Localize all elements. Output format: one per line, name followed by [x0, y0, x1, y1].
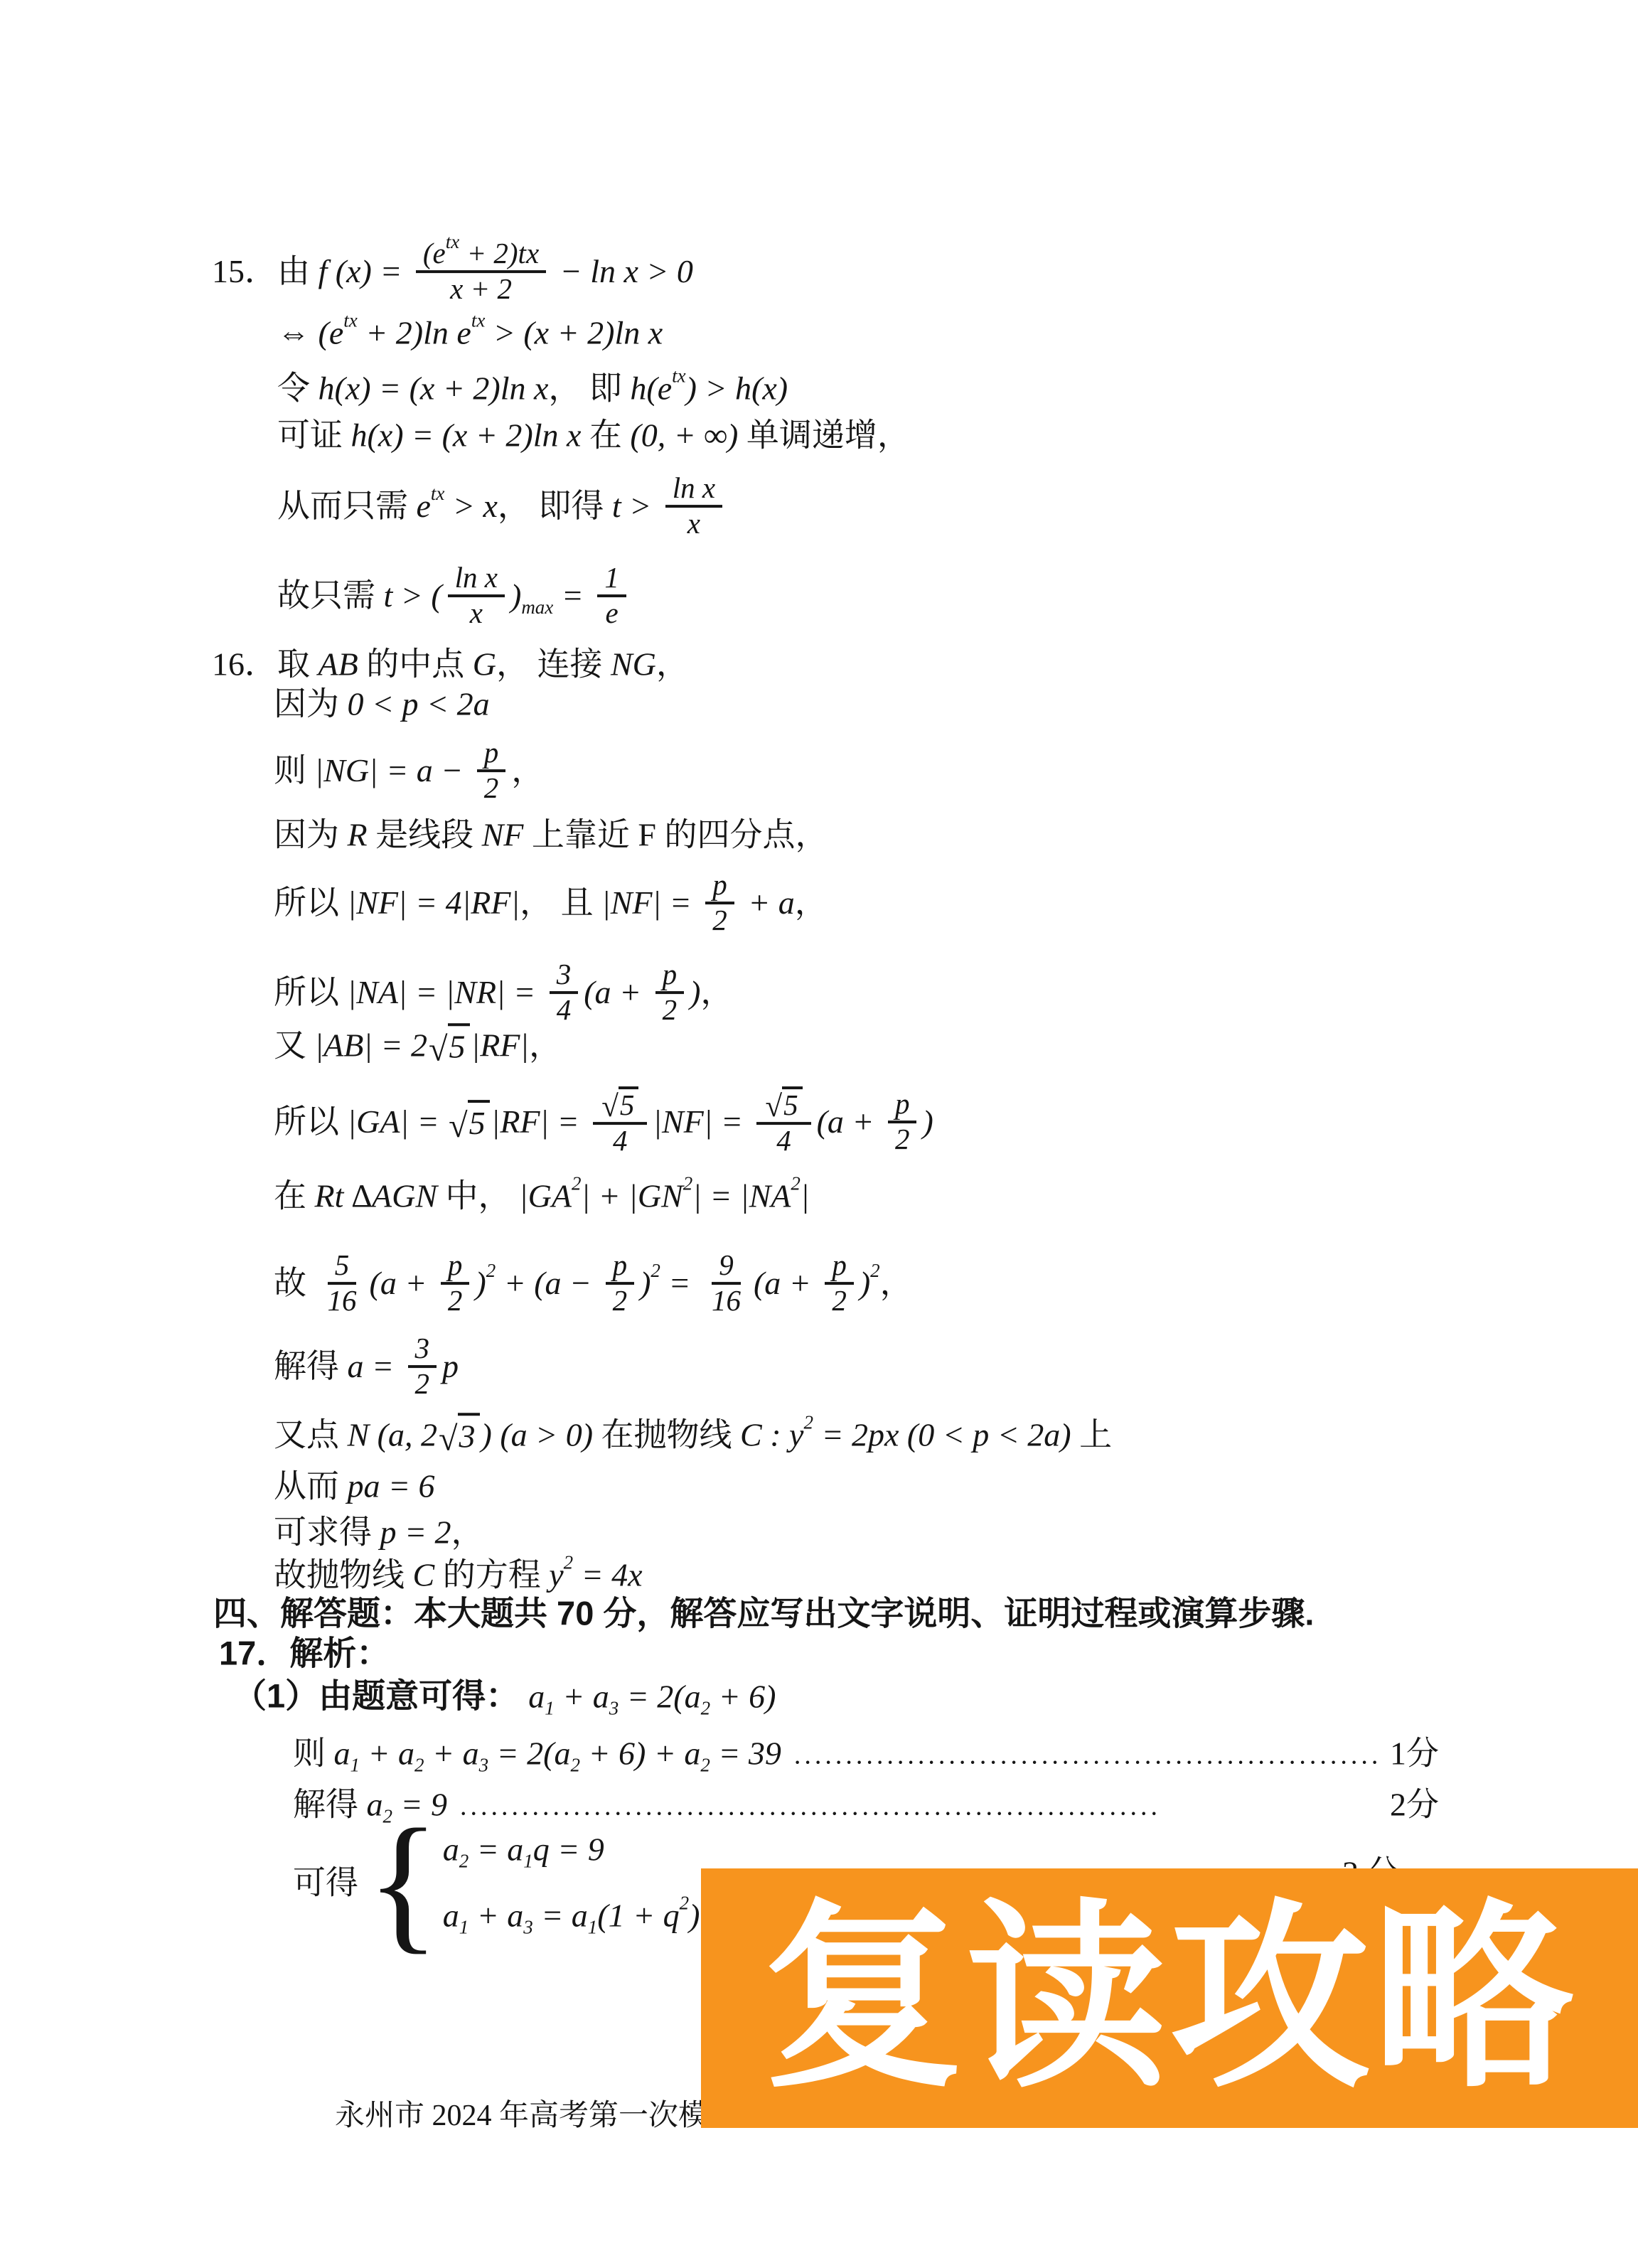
math-italic: h(e — [630, 368, 672, 409]
fraction: 34 — [550, 958, 579, 1027]
fraction-denominator: 16 — [321, 1285, 364, 1317]
square-root: √3 — [439, 1413, 480, 1457]
math-italic: ) — [690, 972, 700, 1013]
math-italic: + 6) + a — [580, 1733, 700, 1774]
math-italic: | = |NA — [692, 1175, 791, 1216]
math-italic: p — [448, 1249, 463, 1282]
subscript: 1 — [523, 1849, 533, 1873]
math-italic: a = — [348, 1346, 402, 1387]
subscript: 2 — [570, 1753, 580, 1777]
math-text: ， 连接 — [496, 643, 611, 685]
fraction: √54 — [593, 1086, 647, 1157]
q16-because-r: 因为 R 是线段 NF 上靠近 F 的四分点， — [274, 814, 828, 855]
math-text: 在 — [589, 414, 631, 456]
math-italic: 2 — [415, 1368, 430, 1401]
q15-start: 15．由 f (x) = (etx + 2)txx + 2 − ln x > 0 — [212, 237, 693, 306]
subscript: 2 — [700, 1753, 710, 1777]
fraction-denominator: 2 — [825, 1285, 854, 1317]
math-text: ， 且 — [520, 882, 601, 924]
math-italic: = a — [533, 1895, 588, 1937]
system-brace: { — [367, 1818, 440, 1948]
math-italic: |GA — [519, 1175, 572, 1216]
fraction: p2 — [477, 737, 506, 805]
math-text: ， 即 — [548, 368, 630, 409]
system-row: a2 = a1q = 9 — [443, 1829, 771, 1871]
q15-let-h: 令 h(x) = (x + 2)ln x， 即 h(etx) > h(x) — [277, 368, 788, 409]
math-italic: y — [549, 1554, 563, 1595]
square-root: √5 — [429, 1023, 470, 1067]
fraction: 1e — [597, 562, 626, 630]
square-root: √5 — [449, 1100, 490, 1144]
fraction-numerator: p — [441, 1249, 470, 1285]
q17-part1-given: （1）由题意可得： a1 + a3 = 2(a2 + 6) — [233, 1676, 776, 1718]
math-italic: = — [553, 575, 591, 616]
math-italic: 2 — [712, 904, 727, 937]
math-italic: a — [528, 1676, 545, 1717]
fraction-numerator: 3 — [408, 1332, 437, 1368]
fraction-numerator: p — [655, 958, 685, 994]
radicand: 5 — [782, 1086, 803, 1122]
math-italic: |RF| = — [491, 1101, 588, 1143]
math-text: 15．由 — [212, 251, 318, 292]
math-italic: NG — [611, 643, 656, 685]
math-italic: + a — [555, 1676, 609, 1717]
math-text: ， — [451, 1512, 484, 1553]
fraction: (etx + 2)txx + 2 — [416, 237, 546, 306]
math-text: 又 — [274, 1025, 315, 1066]
math-italic: 2 — [663, 994, 678, 1027]
math-italic: ln x — [455, 562, 498, 594]
subscript: max — [521, 596, 553, 620]
math-italic: a — [334, 1733, 350, 1774]
math-italic: x + 2 — [450, 273, 512, 306]
math-text: ， 即得 — [498, 486, 612, 527]
math-italic: 4 — [557, 994, 572, 1027]
math-italic: |NG| = a − — [315, 750, 471, 791]
math-italic: ) — [922, 1101, 933, 1143]
q17-system: 可得 {a2 = a1q = 9a1 + a3 = a1(1 + q2) = 3… — [293, 1818, 771, 1948]
fraction: 916 — [705, 1249, 748, 1317]
superscript: 2 — [803, 1411, 813, 1435]
math-italic: 5 — [449, 1028, 466, 1064]
subscript: 1 — [350, 1753, 360, 1777]
math-text: 的方程 — [434, 1554, 549, 1595]
radical-sign: √ — [765, 1091, 782, 1122]
math-italic: |AB| = 2 — [315, 1025, 428, 1066]
fraction: p2 — [705, 869, 734, 937]
fraction-denominator: 4 — [550, 994, 579, 1027]
math-italic: p = 2 — [380, 1512, 451, 1553]
math-italic: pa = 6 — [348, 1465, 435, 1507]
math-italic: > (x + 2)ln x — [485, 312, 663, 353]
math-italic: p — [484, 737, 499, 769]
math-italic: 2 — [613, 1285, 628, 1317]
fraction-numerator: p — [705, 869, 734, 904]
math-italic: 3 — [459, 1418, 476, 1454]
math-text: 所以 — [274, 882, 348, 924]
q17-heading: 17．解析： — [219, 1633, 390, 1675]
superscript: 2 — [870, 1259, 880, 1283]
math-italic: (e — [423, 237, 446, 270]
superscript: 2 — [791, 1172, 801, 1196]
fraction-denominator: 2 — [655, 994, 685, 1027]
math-italic: 5 — [469, 1105, 486, 1141]
math-italic: = 39 — [710, 1733, 781, 1774]
math-italic: = 4x — [573, 1554, 642, 1595]
math-italic: x — [470, 597, 483, 630]
subscript: 1 — [545, 1696, 555, 1721]
math-italic: |GA| = — [348, 1101, 448, 1143]
subscript: 2 — [459, 1849, 469, 1873]
fraction-denominator: 2 — [606, 1285, 635, 1317]
math-italic: > x — [444, 486, 497, 527]
math-italic: p — [613, 1249, 628, 1282]
math-text: ， — [656, 643, 689, 685]
math-italic: = 2(a — [619, 1676, 700, 1717]
q15-need-etx: 从而只需 etx > x， 即得 t > ln xx — [277, 472, 728, 540]
q15-prove-monotonic: 可证 h(x) = (x + 2)ln x 在 (0, + ∞) 单调递增， — [277, 414, 910, 456]
math-italic: ) — [860, 1263, 870, 1304]
q16-start: 16．取 AB 的中点 G， 连接 NG， — [212, 643, 689, 685]
math-text: 解得 — [274, 1346, 348, 1387]
fraction-denominator: 4 — [606, 1125, 635, 1157]
math-text: 可证 — [277, 414, 351, 456]
math-italic: 5 — [783, 1088, 798, 1121]
q16-rt-triangle: 在 Rt ∆AGN 中， |GA2| + |GN2| = |NA2| — [274, 1175, 810, 1216]
math-italic: ln x — [673, 472, 715, 505]
fraction: 516 — [321, 1249, 364, 1317]
heading-text: （1）由题意可得： — [233, 1676, 528, 1718]
q16-ng: 则 |NG| = a − p2， — [274, 737, 544, 805]
math-italic: a — [443, 1829, 459, 1871]
heading-text: 17．解析： — [219, 1633, 390, 1675]
math-italic: + a — [424, 1733, 479, 1774]
fraction-denominator: 16 — [705, 1285, 748, 1317]
math-italic: f (x) = — [318, 251, 410, 292]
q15-need-max: 故只需 t > (ln xx)max = 1e — [277, 562, 632, 630]
math-italic: e — [605, 597, 618, 630]
fraction-numerator: 3 — [550, 958, 579, 994]
math-italic: 16 — [328, 1285, 357, 1317]
math-italic: t > ( — [384, 575, 442, 616]
superscript: 2 — [572, 1172, 582, 1196]
q16-ga: 所以 |GA| = √5|RF| = √54|NF| = √54(a + p2) — [274, 1086, 933, 1157]
math-italic: + 6) — [710, 1676, 776, 1717]
math-italic: t > — [612, 486, 660, 527]
math-text: 在 — [274, 1175, 315, 1216]
math-italic: + (a − — [496, 1263, 599, 1304]
math-italic: p — [832, 1249, 847, 1282]
math-text: 从而 — [274, 1465, 348, 1507]
fraction-denominator: x + 2 — [443, 273, 519, 306]
math-italic: (a + — [817, 1101, 882, 1143]
math-text: ⇔ — [277, 312, 318, 353]
fraction-numerator: 1 — [597, 562, 626, 597]
watermark-banner: 复读攻略 — [701, 1868, 1638, 2128]
radical-sign: √ — [601, 1091, 619, 1122]
math-text: 2分 — [1390, 1784, 1439, 1825]
fraction-denominator: e — [598, 597, 625, 630]
math-text: 在抛物线 — [601, 1414, 741, 1455]
math-text: 因为 — [274, 683, 348, 724]
math-italic: 9 — [719, 1249, 734, 1282]
section-4-heading: 四、解答题：本大题共 70 分，解答应写出文字说明、证明过程或演算步骤. — [213, 1593, 1314, 1635]
math-italic: |NF| = — [653, 1101, 751, 1143]
math-text: 16．取 — [212, 643, 318, 685]
math-text: 则 — [274, 750, 315, 791]
math-italic: (1 + q — [597, 1895, 679, 1937]
watermark-text: 复读攻略 — [763, 1898, 1576, 2099]
math-italic: q = 9 — [533, 1829, 604, 1871]
math-italic: = a — [469, 1829, 523, 1871]
fraction: √54 — [756, 1086, 810, 1157]
math-italic: e — [417, 486, 431, 527]
math-italic: a — [443, 1895, 459, 1937]
math-italic: (a + — [754, 1263, 819, 1304]
math-text: 的中点 — [358, 643, 473, 685]
math-italic: = — [660, 1263, 699, 1304]
math-text: ， — [511, 750, 544, 791]
superscript: tx — [431, 482, 445, 506]
math-italic: NF — [482, 814, 524, 855]
math-italic: = 2(a — [488, 1733, 570, 1774]
dotted-leader: ........................................… — [794, 1741, 1380, 1774]
subscript: 3 — [523, 1916, 533, 1940]
math-italic: N (a, 2 — [348, 1414, 438, 1455]
math-italic: 2 — [832, 1285, 847, 1317]
radicand: 3 — [458, 1413, 480, 1457]
superscript: tx — [343, 309, 358, 333]
math-italic: |NF| = 4|RF| — [348, 882, 520, 924]
math-italic: p — [442, 1346, 459, 1387]
fraction-denominator: 2 — [705, 904, 734, 937]
q17-step1: 则 a1 + a2 + a3 = 2(a2 + 6) + a2 = 39....… — [293, 1733, 1439, 1774]
fraction-numerator: p — [477, 737, 506, 772]
math-text: 从而只需 — [277, 486, 417, 527]
subscript: 1 — [588, 1916, 598, 1940]
fraction: p2 — [825, 1249, 854, 1317]
q16-parabola-eq: 故抛物线 C 的方程 y2 = 4x — [274, 1554, 643, 1595]
math-text: 则 — [293, 1733, 334, 1774]
math-text: ， — [880, 1263, 913, 1304]
math-italic: (e — [318, 312, 344, 353]
math-italic: 5 — [335, 1249, 350, 1282]
math-italic: Rt ∆AGN — [315, 1175, 438, 1216]
math-text: 单调递增， — [738, 414, 910, 456]
math-italic: 3 — [415, 1332, 430, 1365]
q16-point-n: 又点 N (a, 2√3) (a > 0) 在抛物线 C : y2 = 2px … — [274, 1413, 1112, 1457]
math-text: 故抛物线 — [274, 1554, 413, 1595]
subscript: 3 — [479, 1753, 489, 1777]
math-text: ， — [700, 972, 733, 1013]
math-text: 是线段 — [368, 814, 482, 855]
fraction-denominator: 2 — [888, 1123, 917, 1156]
fraction-numerator: √5 — [593, 1086, 647, 1125]
superscript: 2 — [680, 1892, 690, 1916]
superscript: tx — [672, 364, 686, 388]
fraction-numerator: p — [888, 1088, 917, 1123]
math-italic: h(x) = (x + 2)ln x — [351, 414, 589, 456]
fraction: p2 — [606, 1249, 635, 1317]
math-italic: p — [712, 869, 727, 902]
superscript: 2 — [683, 1172, 693, 1196]
math-italic: ) — [640, 1263, 651, 1304]
math-italic: | — [801, 1175, 810, 1216]
math-text: 故只需 — [277, 575, 384, 616]
q16-solve-p: 可求得 p = 2， — [274, 1512, 484, 1553]
math-italic: | + |GN — [582, 1175, 683, 1216]
math-italic: p — [663, 958, 678, 991]
fraction-numerator: p — [825, 1249, 854, 1285]
fraction: 32 — [408, 1332, 437, 1401]
answer-sheet-page: 15．由 f (x) = (etx + 2)txx + 2 − ln x > 0… — [0, 0, 1638, 2268]
square-root: √5 — [765, 1086, 802, 1122]
superscript: tx — [446, 231, 460, 252]
fraction-numerator: ln x — [448, 562, 505, 597]
radicand: 5 — [619, 1086, 639, 1122]
fraction-numerator: 9 — [712, 1249, 741, 1285]
math-italic: 2 — [448, 1285, 463, 1317]
math-italic: + 2)tx — [459, 237, 539, 270]
math-italic: + a — [740, 882, 795, 924]
q16-equation: 故 516(a + p2)2 + (a − p2)2 = 916(a + p2)… — [274, 1249, 913, 1317]
superscript: 2 — [486, 1259, 496, 1283]
fraction-denominator: 4 — [769, 1125, 798, 1157]
math-italic: C : y — [740, 1414, 803, 1455]
subscript: 2 — [701, 1696, 711, 1721]
math-italic: + a — [360, 1733, 414, 1774]
math-italic: 2 — [484, 772, 499, 805]
math-text: 上 — [1071, 1414, 1113, 1455]
math-italic: G — [473, 643, 496, 685]
math-italic: AB — [318, 643, 358, 685]
math-italic: 16 — [712, 1285, 741, 1317]
math-text: ， — [795, 882, 828, 924]
math-italic: + 2)ln e — [358, 312, 471, 353]
math-text: 令 — [277, 368, 318, 409]
fraction-numerator: (etx + 2)tx — [416, 237, 546, 273]
fraction-denominator: 2 — [408, 1368, 437, 1401]
math-text: 可得 — [293, 1862, 367, 1903]
heading-text: 四、解答题：本大题共 70 分，解答应写出文字说明、证明过程或演算步骤. — [213, 1593, 1314, 1635]
superscript: tx — [471, 309, 486, 333]
math-text: 又点 — [274, 1414, 348, 1455]
math-italic: 0 < p < 2a — [348, 683, 490, 724]
fraction-denominator: x — [680, 508, 707, 540]
math-italic: (a + — [584, 972, 649, 1013]
math-italic: |RF| — [471, 1025, 530, 1066]
q15-equiv: ⇔ (etx + 2)ln etx > (x + 2)ln x — [277, 312, 663, 353]
radicand: 5 — [468, 1100, 490, 1144]
math-italic: − ln x > 0 — [552, 251, 693, 292]
subscript: 1 — [459, 1916, 469, 1940]
math-italic: 2 — [895, 1123, 910, 1156]
fraction: ln xx — [665, 472, 722, 540]
math-text: 可求得 — [274, 1512, 380, 1553]
math-italic: (0, + ∞) — [630, 414, 738, 456]
math-text: 上靠近 F 的四分点， — [523, 814, 828, 855]
fraction: p2 — [888, 1088, 917, 1156]
math-italic: C — [413, 1554, 435, 1595]
fraction-numerator: 5 — [328, 1249, 357, 1285]
math-text: 1分 — [1390, 1733, 1439, 1774]
math-italic: R — [348, 814, 368, 855]
q16-pa: 从而 pa = 6 — [274, 1465, 435, 1507]
math-italic: x — [687, 508, 700, 540]
math-italic: ) — [475, 1263, 486, 1304]
fraction-numerator: √5 — [756, 1086, 810, 1125]
square-root: √5 — [601, 1086, 638, 1122]
math-text: 所以 — [274, 972, 348, 1013]
subscript: 2 — [414, 1753, 424, 1777]
math-text: 因为 — [274, 814, 348, 855]
math-italic: |NA| = |NR| = — [348, 972, 544, 1013]
math-italic: p — [895, 1088, 910, 1120]
math-italic: 5 — [620, 1088, 635, 1121]
radical-sign: √ — [439, 1422, 458, 1456]
math-italic: = 2px (0 < p < 2a) — [813, 1414, 1071, 1455]
superscript: 2 — [651, 1259, 660, 1283]
radical-sign: √ — [449, 1109, 468, 1143]
fraction: ln xx — [448, 562, 505, 630]
q16-ab: 又 |AB| = 2√5|RF|， — [274, 1023, 562, 1067]
radical-sign: √ — [429, 1032, 448, 1066]
math-italic: 4 — [776, 1125, 791, 1157]
fraction: p2 — [441, 1249, 470, 1317]
math-italic: (a + — [370, 1263, 435, 1304]
q16-na: 所以 |NA| = |NR| = 34(a + p2)， — [274, 958, 733, 1027]
math-italic: h(x) = (x + 2)ln x — [318, 368, 549, 409]
q16-nf: 所以 |NF| = 4|RF|， 且 |NF| = p2 + a， — [274, 869, 828, 937]
page-footer: 永州市 2024 年高考第一次模拟 — [335, 2092, 738, 2134]
q16-because-p: 因为 0 < p < 2a — [274, 683, 490, 724]
math-italic: |NF| = — [601, 882, 700, 924]
math-italic: 1 — [604, 562, 619, 594]
radicand: 5 — [448, 1023, 470, 1067]
math-italic: ) > h(x) — [686, 368, 788, 409]
fraction-numerator: ln x — [665, 472, 722, 508]
fraction-denominator: 2 — [477, 772, 506, 805]
math-italic: ) — [510, 575, 521, 616]
superscript: 2 — [564, 1551, 574, 1575]
math-text: ， — [529, 1025, 562, 1066]
math-text: 中， — [437, 1175, 519, 1216]
fraction-numerator: p — [606, 1249, 635, 1285]
math-italic: 3 — [557, 958, 572, 991]
math-italic: ) (a > 0) — [481, 1414, 601, 1455]
subscript: 3 — [609, 1696, 619, 1721]
math-text: 所以 — [274, 1101, 348, 1143]
math-text: 故 — [274, 1263, 315, 1304]
math-italic: 4 — [613, 1125, 628, 1157]
math-italic: + a — [469, 1895, 523, 1937]
fraction-denominator: 2 — [441, 1285, 470, 1317]
q16-solve-a: 解得 a = 32p — [274, 1332, 459, 1401]
fraction-denominator: x — [463, 597, 490, 630]
fraction: p2 — [655, 958, 685, 1027]
